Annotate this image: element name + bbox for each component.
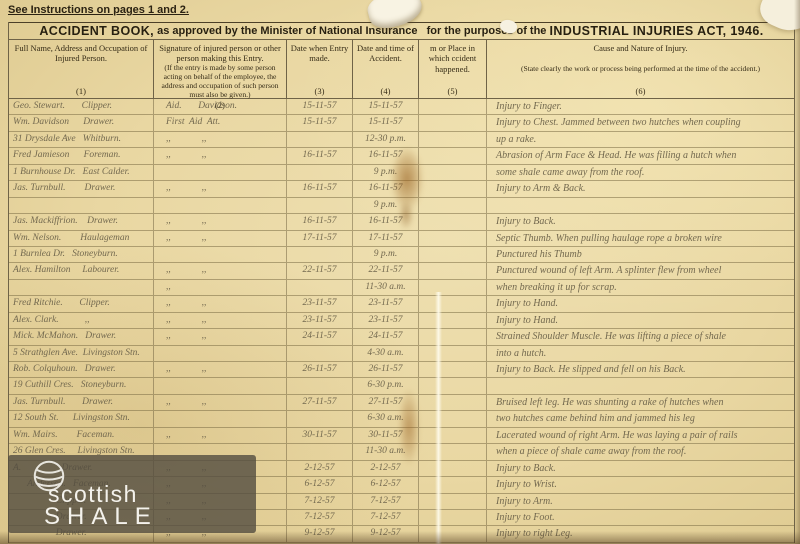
entry-date-cell: [287, 444, 353, 459]
table-row: Rob. Colquhoun. Drawer. ,, ,, 26-11-57 2…: [9, 362, 794, 378]
table-row: 19 Cuthill Cres. Stoneyburn. 6-30 p.m.: [9, 378, 794, 394]
accident-date-cell: 12-30 p.m.: [353, 132, 419, 147]
column-number: (1): [76, 86, 86, 96]
signature-cell: [154, 247, 287, 262]
signature-cell: ,, ,,: [154, 329, 287, 344]
cause-cell: Bruised left leg. He was shunting a rake…: [487, 395, 794, 410]
table-row: 31 Drysdale Ave Whitburn. ,, ,, 12-30 p.…: [9, 132, 794, 148]
accident-date-cell: 26-11-57: [353, 362, 419, 377]
accident-date-cell: 15-11-57: [353, 99, 419, 114]
entry-date-cell: 24-11-57: [287, 329, 353, 344]
name-address-cell: Jas. Turnbull. Drawer.: [9, 181, 154, 196]
table-row: Wm. Nelson. Haulageman ,, ,, 17-11-57 17…: [9, 231, 794, 247]
column-number: (6): [636, 86, 646, 96]
entry-date-cell: [287, 378, 353, 393]
cause-cell: Abrasion of Arm Face & Head. He was fill…: [487, 148, 794, 163]
cause-cell: Injury to Hand.: [487, 296, 794, 311]
cause-cell: Lacerated wound of right Arm. He was lay…: [487, 428, 794, 443]
watermark-text-shale: SHALE: [44, 503, 158, 531]
place-cell: [419, 296, 487, 311]
table-row: 5 Strathglen Ave. Livingston Stn. 4-30 a…: [9, 346, 794, 362]
accident-date-cell: 7-12-57: [353, 494, 419, 509]
signature-cell: ,, ,,: [154, 148, 287, 163]
accident-date-cell: 9 p.m.: [353, 247, 419, 262]
entry-date-cell: 2-12-57: [287, 461, 353, 476]
place-cell: [419, 444, 487, 459]
cause-cell: Injury to Back.: [487, 461, 794, 476]
accident-date-cell: 6-12-57: [353, 477, 419, 492]
column-header-cause: Cause and Nature of Injury. (State clear…: [487, 40, 794, 98]
stain: [398, 388, 420, 466]
cause-cell: when a piece of shale came away from the…: [487, 444, 794, 459]
cause-cell: Punctured his Thumb: [487, 247, 794, 262]
entry-date-cell: 7-12-57: [287, 510, 353, 525]
name-address-cell: 1 Burnlea Dr. Stoneyburn.: [9, 247, 154, 262]
column-header-subtext: (If the entry is made by some person act…: [157, 64, 283, 100]
entry-date-cell: [287, 346, 353, 361]
name-address-cell: Fred Jamieson Foreman.: [9, 148, 154, 163]
entry-date-cell: 22-11-57: [287, 263, 353, 278]
accident-date-cell: 11-30 a.m.: [353, 280, 419, 295]
table-header: Full Name, Address and Occupation of Inj…: [9, 39, 794, 99]
column-header-label: Full Name, Address and Occupation of Inj…: [12, 43, 150, 64]
signature-cell: [154, 346, 287, 361]
name-address-cell: Wm. Davidson Drawer.: [9, 115, 154, 130]
place-cell: [419, 362, 487, 377]
column-number: (4): [381, 86, 391, 96]
signature-cell: ,, ,,: [154, 214, 287, 229]
name-address-cell: Geo. Stewart. Clipper.: [9, 99, 154, 114]
entry-date-cell: [287, 132, 353, 147]
accident-date-cell: 17-11-57: [353, 231, 419, 246]
cause-cell: when breaking it up for scrap.: [487, 280, 794, 295]
entry-date-cell: 6-12-57: [287, 477, 353, 492]
table-row: Alex. Clark. ,, ,, ,, 23-11-57 23-11-57 …: [9, 313, 794, 329]
column-header-accident-date: Date and time of Accident. (4): [353, 40, 419, 98]
table-row: Mick. McMahon. Drawer. ,, ,, 24-11-57 24…: [9, 329, 794, 345]
accident-date-cell: 22-11-57: [353, 263, 419, 278]
place-cell: [419, 477, 487, 492]
place-cell: [419, 263, 487, 278]
signature-cell: [154, 198, 287, 213]
place-cell: [419, 411, 487, 426]
name-address-cell: Mick. McMahon. Drawer.: [9, 329, 154, 344]
entry-date-cell: 23-11-57: [287, 296, 353, 311]
place-cell: [419, 329, 487, 344]
name-address-cell: Alex. Hamilton Labourer.: [9, 263, 154, 278]
entry-date-cell: [287, 247, 353, 262]
entry-date-cell: 16-11-57: [287, 181, 353, 196]
accident-date-cell: 23-11-57: [353, 313, 419, 328]
place-cell: [419, 231, 487, 246]
accident-date-cell: 7-12-57: [353, 510, 419, 525]
cause-cell: Strained Shoulder Muscle. He was lifting…: [487, 329, 794, 344]
cause-cell: two hutches came behind him and jammed h…: [487, 411, 794, 426]
place-cell: [419, 132, 487, 147]
title-accident-book: ACCIDENT BOOK,: [39, 24, 154, 38]
title-act: INDUSTRIAL INJURIES ACT, 1946.: [549, 24, 763, 38]
signature-cell: ,, ,,: [154, 132, 287, 147]
accident-date-cell: 23-11-57: [353, 296, 419, 311]
entry-date-cell: 30-11-57: [287, 428, 353, 443]
entry-date-cell: [287, 280, 353, 295]
column-header-label: Date when Entry made.: [290, 43, 349, 64]
place-cell: [419, 313, 487, 328]
accident-date-cell: 15-11-57: [353, 115, 419, 130]
entry-date-cell: [287, 198, 353, 213]
entry-date-cell: 27-11-57: [287, 395, 353, 410]
name-address-cell: Wm. Nelson. Haulageman: [9, 231, 154, 246]
page-edge-shadow: [794, 0, 800, 544]
signature-cell: [154, 165, 287, 180]
column-header-entry-date: Date when Entry made. (3): [287, 40, 353, 98]
name-address-cell: Jas. Mackiffrion. Drawer.: [9, 214, 154, 229]
cause-cell: Injury to Foot.: [487, 510, 794, 525]
place-cell: [419, 346, 487, 361]
cause-cell: up a rake.: [487, 132, 794, 147]
signature-cell: ,, ,,: [154, 181, 287, 196]
cause-cell: [487, 198, 794, 213]
name-address-cell: Wm. Mairs. Faceman.: [9, 428, 154, 443]
name-address-cell: Jas. Turnbull. Drawer.: [9, 395, 154, 410]
signature-cell: ,,: [154, 280, 287, 295]
name-address-cell: Alex. Clark. ,,: [9, 313, 154, 328]
cause-cell: into a hutch.: [487, 346, 794, 361]
place-cell: [419, 378, 487, 393]
signature-cell: Aid. Davidson.: [154, 99, 287, 114]
cause-cell: Injury to Finger.: [487, 99, 794, 114]
table-row: 1 Burnlea Dr. Stoneyburn. 9 p.m. Punctur…: [9, 247, 794, 263]
cause-cell: Injury to Hand.: [487, 313, 794, 328]
place-cell: [419, 214, 487, 229]
column-header-label: Date and time of Accident.: [356, 43, 415, 64]
name-address-cell: [9, 280, 154, 295]
place-cell: [419, 280, 487, 295]
scottish-shale-watermark: scottish SHALE: [8, 455, 256, 533]
signature-cell: [154, 411, 287, 426]
cause-cell: Injury to Arm & Back.: [487, 181, 794, 196]
column-header-signature: Signature of injured person or other per…: [154, 40, 287, 98]
cause-cell: Injury to Arm.: [487, 494, 794, 509]
place-cell: [419, 395, 487, 410]
column-header-label: Cause and Nature of Injury.: [593, 43, 687, 53]
cause-cell: Septic Thumb. When pulling haulage rope …: [487, 231, 794, 246]
table-row: Geo. Stewart. Clipper. Aid. Davidson. 15…: [9, 99, 794, 115]
name-address-cell: Rob. Colquhoun. Drawer.: [9, 362, 154, 377]
entry-date-cell: 15-11-57: [287, 99, 353, 114]
fold-crease: [435, 292, 442, 544]
name-address-cell: 1 Burnhouse Dr. East Calder.: [9, 165, 154, 180]
column-header-subtext: (State clearly the work or process being…: [521, 65, 760, 74]
signature-cell: ,, ,,: [154, 395, 287, 410]
cause-cell: some shale came away from the roof.: [487, 165, 794, 180]
entry-date-cell: 16-11-57: [287, 148, 353, 163]
place-cell: [419, 461, 487, 476]
signature-cell: ,, ,,: [154, 362, 287, 377]
place-cell: [419, 428, 487, 443]
entry-date-cell: 7-12-57: [287, 494, 353, 509]
accident-date-cell: 24-11-57: [353, 329, 419, 344]
entry-date-cell: 17-11-57: [287, 231, 353, 246]
column-header-label: m or Place in which ccident happened.: [422, 43, 483, 74]
column-header-label: Signature of injured person or other per…: [157, 43, 283, 64]
cause-cell: Injury to Wrist.: [487, 477, 794, 492]
name-address-cell: Fred Ritchie. Clipper.: [9, 296, 154, 311]
table-row: Alex. Hamilton Labourer. ,, ,, 22-11-57 …: [9, 263, 794, 279]
name-address-cell: [9, 198, 154, 213]
stain: [398, 200, 414, 230]
place-cell: [419, 165, 487, 180]
cause-cell: Injury to Chest. Jammed between two hutc…: [487, 115, 794, 130]
place-cell: [419, 198, 487, 213]
name-address-cell: 31 Drysdale Ave Whitburn.: [9, 132, 154, 147]
column-header-place: m or Place in which ccident happened. (5…: [419, 40, 487, 98]
cause-cell: Injury to Back.: [487, 214, 794, 229]
signature-cell: ,, ,,: [154, 296, 287, 311]
table-row: Wm. Davidson Drawer. First Aid Att. 15-1…: [9, 115, 794, 131]
name-address-cell: 12 South St. Livingston Stn.: [9, 411, 154, 426]
name-address-cell: 19 Cuthill Cres. Stoneyburn.: [9, 378, 154, 393]
place-cell: [419, 510, 487, 525]
place-cell: [419, 494, 487, 509]
cause-cell: Punctured wound of left Arm. A splinter …: [487, 263, 794, 278]
entry-date-cell: 23-11-57: [287, 313, 353, 328]
signature-cell: ,, ,,: [154, 231, 287, 246]
signature-cell: ,, ,,: [154, 263, 287, 278]
accident-date-cell: 4-30 a.m.: [353, 346, 419, 361]
cause-cell: [487, 378, 794, 393]
place-cell: [419, 247, 487, 262]
place-cell: [419, 99, 487, 114]
page-edge-shadow: [0, 531, 800, 544]
signature-cell: ,, ,,: [154, 428, 287, 443]
table-row: Fred Ritchie. Clipper. ,, ,, 23-11-57 23…: [9, 296, 794, 312]
place-cell: [419, 181, 487, 196]
signature-cell: First Aid Att.: [154, 115, 287, 130]
table-row: ,, 11-30 a.m. when breaking it up for sc…: [9, 280, 794, 296]
signature-cell: [154, 378, 287, 393]
place-cell: [419, 148, 487, 163]
column-header-name: Full Name, Address and Occupation of Inj…: [9, 40, 154, 98]
title-purpose: for the purposes of the: [421, 25, 550, 37]
entry-date-cell: 26-11-57: [287, 362, 353, 377]
name-address-cell: 5 Strathglen Ave. Livingston Stn.: [9, 346, 154, 361]
accident-book-page: See Instructions on pages 1 and 2. ACCID…: [0, 0, 800, 544]
column-number: (5): [448, 86, 458, 96]
entry-date-cell: [287, 165, 353, 180]
signature-cell: ,, ,,: [154, 313, 287, 328]
entry-date-cell: 16-11-57: [287, 214, 353, 229]
column-number: (3): [315, 86, 325, 96]
cause-cell: Injury to Back. He slipped and fell on h…: [487, 362, 794, 377]
entry-date-cell: [287, 411, 353, 426]
entry-date-cell: 15-11-57: [287, 115, 353, 130]
instructions-note: See Instructions on pages 1 and 2.: [8, 4, 189, 16]
place-cell: [419, 115, 487, 130]
